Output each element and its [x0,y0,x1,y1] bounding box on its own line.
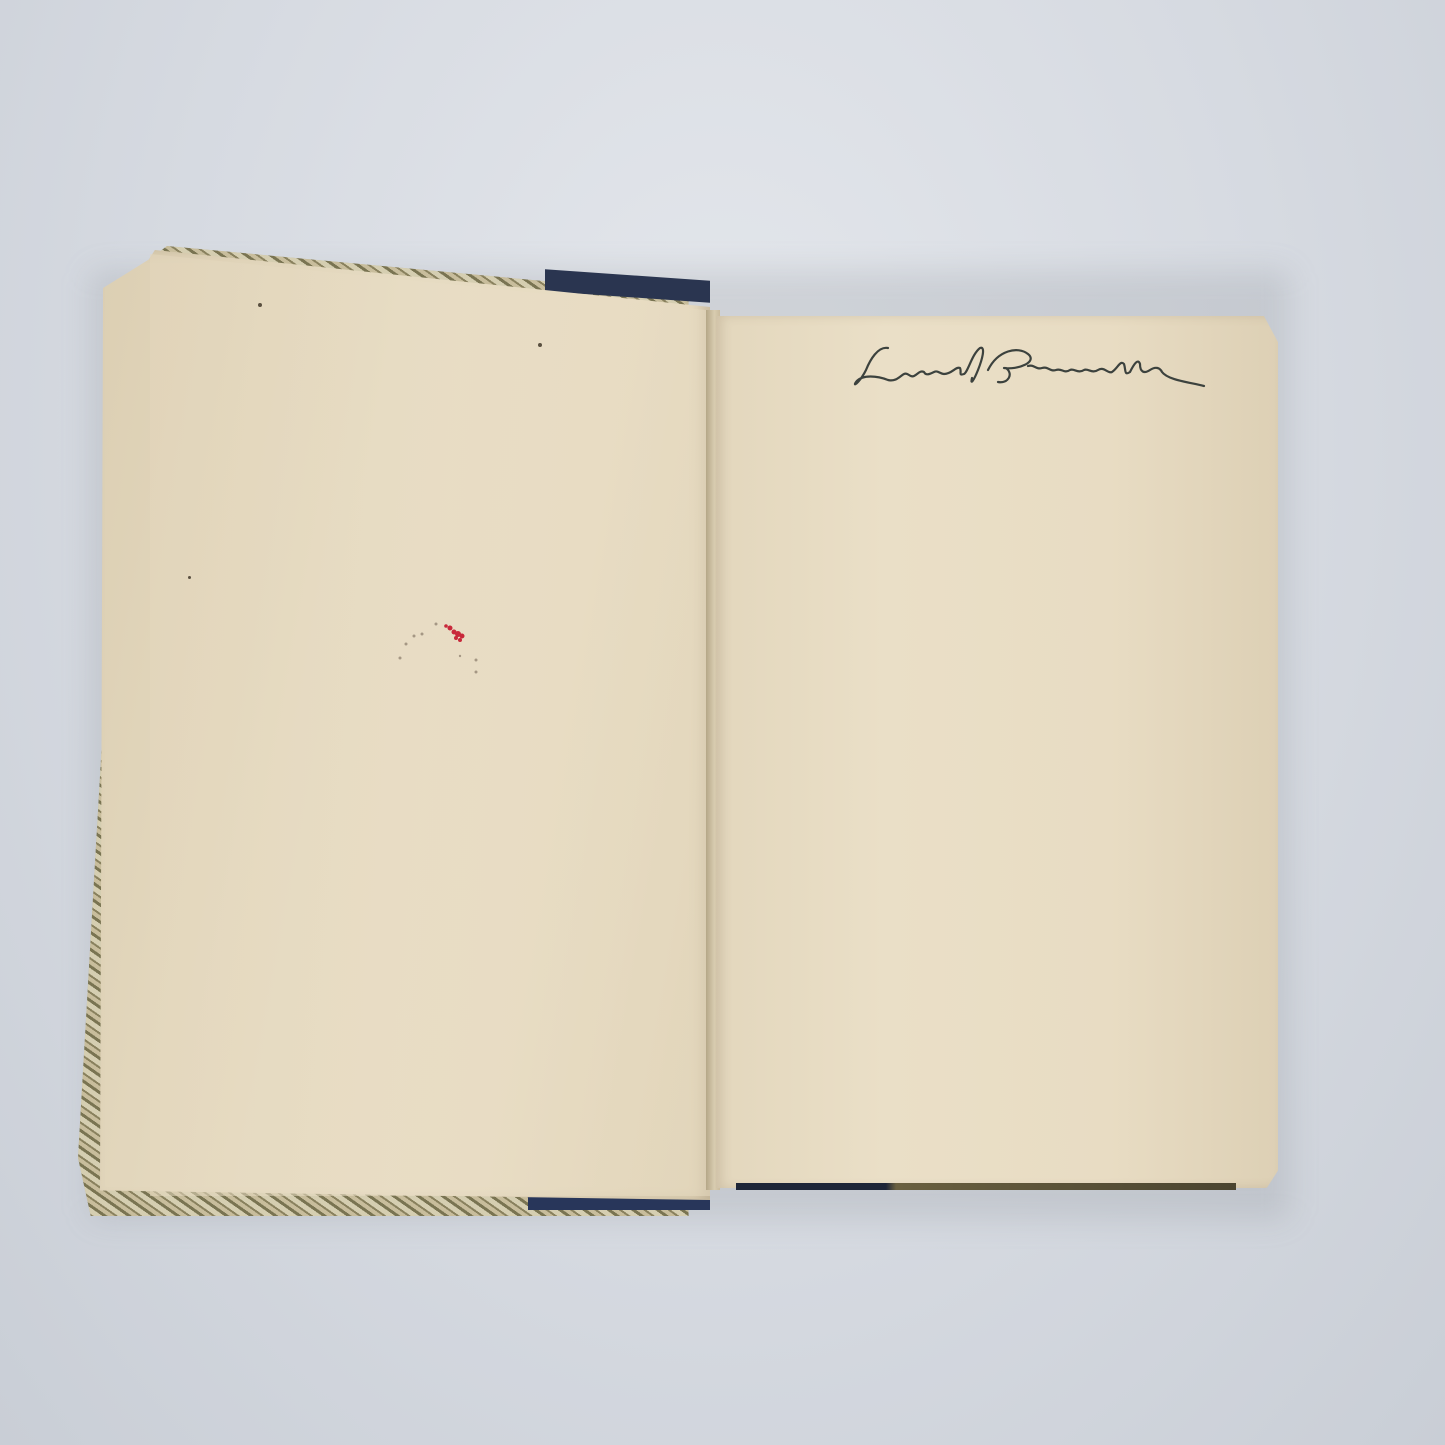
red-stain-marks [390,600,490,690]
handwritten-signature: Laura P Brunelle [848,340,1218,400]
page-speck [258,303,262,307]
photo-scene: Laura P Brunelle [0,0,1445,1445]
left-page-shading [150,254,710,1196]
page-speck [188,576,191,579]
page-speck [538,343,542,347]
right-flyleaf-page [716,316,1278,1188]
right-cover-bottom-edge [736,1183,1236,1190]
